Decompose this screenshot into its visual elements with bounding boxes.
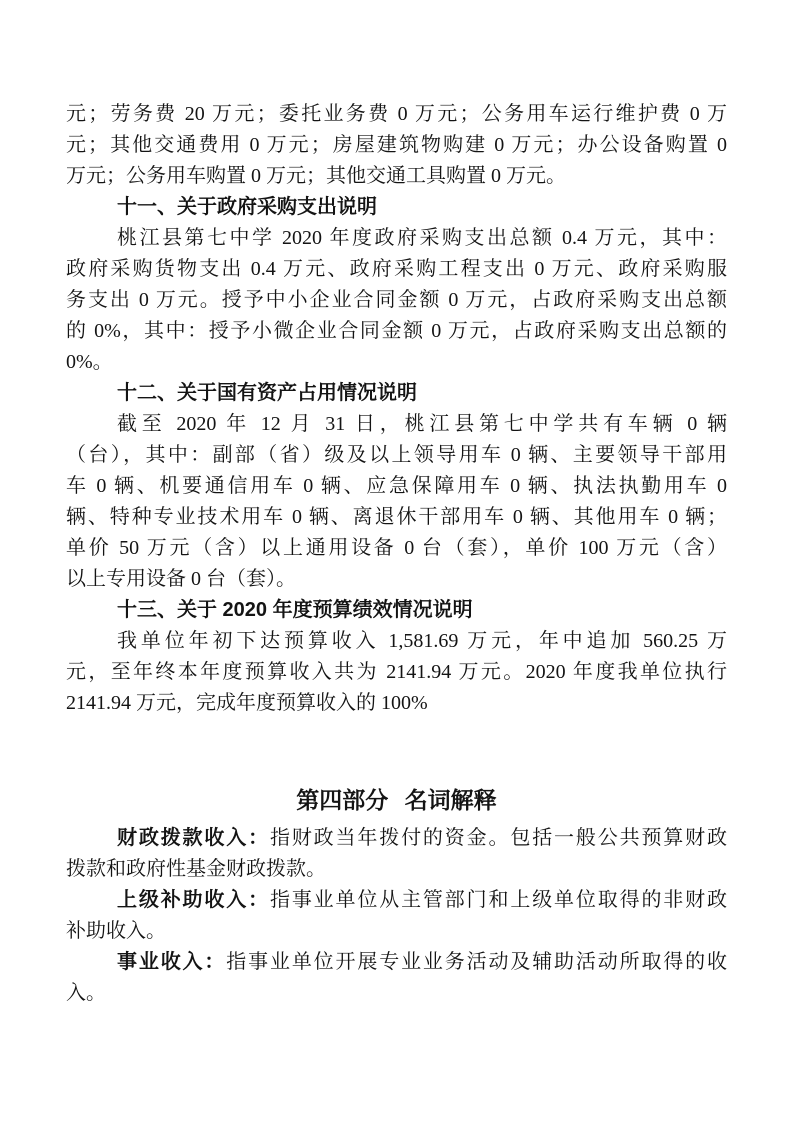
text-line: 2141.94 万元，完成年度预算收入的 100% [66, 688, 727, 719]
text-line: 车 0 辆、机要通信用车 0 辆、应急保障用车 0 辆、执法执勤用车 0 [66, 471, 727, 502]
term-bold: 财政拨款收入： [117, 827, 270, 849]
paragraph: 桃江县第七中学 2020 年度政府采购支出总额 0.4 万元，其中：政府采购货物… [66, 223, 727, 378]
content: 元；劳务费 20 万元；委托业务费 0 万元；公务用车运行维护费 0 万元；其他… [66, 99, 727, 1009]
text-line: 政府采购货物支出 0.4 万元、政府采购工程支出 0 万元、政府采购服 [66, 254, 727, 285]
section-spacer [66, 719, 727, 782]
text-line: 截至 2020 年 12 月 31 日，桃江县第七中学共有车辆 0 辆 [66, 409, 727, 440]
paragraph: 截至 2020 年 12 月 31 日，桃江县第七中学共有车辆 0 辆（台），其… [66, 409, 727, 595]
text-line: 单价 50 万元（含）以上通用设备 0 台（套），单价 100 万元（含） [66, 533, 727, 564]
section-heading: 十一、关于政府采购支出说明 [66, 192, 727, 223]
section-heading: 十三、关于 2020 年度预算绩效情况说明 [66, 595, 727, 626]
section-heading: 十二、关于国有资产占用情况说明 [66, 378, 727, 409]
text-line: 拨款和政府性基金财政拨款。 [66, 854, 727, 885]
text-line: 上级补助收入：指事业单位从主管部门和上级单位取得的非财政 [66, 885, 727, 916]
text-line: 元，至年终本年度预算收入共为 2141.94 万元。2020 年度我单位执行 [66, 657, 727, 688]
text-line: 补助收入。 [66, 916, 727, 947]
line-text: 指事业单位开展专业业务活动及辅助活动所取得的收 [226, 951, 727, 973]
line-text: 指事业单位从主管部门和上级单位取得的非财政 [270, 889, 727, 911]
text-line: 元；劳务费 20 万元；委托业务费 0 万元；公务用车运行维护费 0 万 [66, 99, 727, 130]
text-line: 万元；公务用车购置 0 万元；其他交通工具购置 0 万元。 [66, 161, 727, 192]
line-text: 指财政当年拨付的资金。包括一般公共预算财政 [270, 827, 727, 849]
text-line: 入。 [66, 978, 727, 1009]
document-page: 元；劳务费 20 万元；委托业务费 0 万元；公务用车运行维护费 0 万元；其他… [0, 0, 793, 1122]
paragraph: 我单位年初下达预算收入 1,581.69 万元，年中追加 560.25 万元，至… [66, 626, 727, 719]
part-title: 第四部分 名词解释 [66, 782, 727, 819]
text-line: 的 0%，其中：授予小微企业合同金额 0 万元，占政府采购支出总额的 [66, 316, 727, 347]
text-line: 0%。 [66, 347, 727, 378]
text-line: （台），其中：副部（省）级及以上领导用车 0 辆、主要领导干部用 [66, 440, 727, 471]
term-bold: 上级补助收入： [117, 889, 270, 911]
text-line: 我单位年初下达预算收入 1,581.69 万元，年中追加 560.25 万 [66, 626, 727, 657]
text-line: 以上专用设备 0 台（套）。 [66, 564, 727, 595]
text-line: 桃江县第七中学 2020 年度政府采购支出总额 0.4 万元，其中： [66, 223, 727, 254]
text-line: 事业收入：指事业单位开展专业业务活动及辅助活动所取得的收 [66, 947, 727, 978]
paragraph: 元；劳务费 20 万元；委托业务费 0 万元；公务用车运行维护费 0 万元；其他… [66, 99, 727, 192]
paragraph: 财政拨款收入：指财政当年拨付的资金。包括一般公共预算财政拨款和政府性基金财政拨款… [66, 823, 727, 885]
text-line: 财政拨款收入：指财政当年拨付的资金。包括一般公共预算财政 [66, 823, 727, 854]
text-line: 元；其他交通费用 0 万元；房屋建筑物购建 0 万元；办公设备购置 0 [66, 130, 727, 161]
paragraph: 上级补助收入：指事业单位从主管部门和上级单位取得的非财政补助收入。 [66, 885, 727, 947]
text-line: 辆、特种专业技术用车 0 辆、离退休干部用车 0 辆、其他用车 0 辆； [66, 502, 727, 533]
term-bold: 事业收入： [117, 951, 226, 973]
text-line: 务支出 0 万元。授予中小企业合同金额 0 万元，占政府采购支出总额 [66, 285, 727, 316]
paragraph: 事业收入：指事业单位开展专业业务活动及辅助活动所取得的收入。 [66, 947, 727, 1009]
